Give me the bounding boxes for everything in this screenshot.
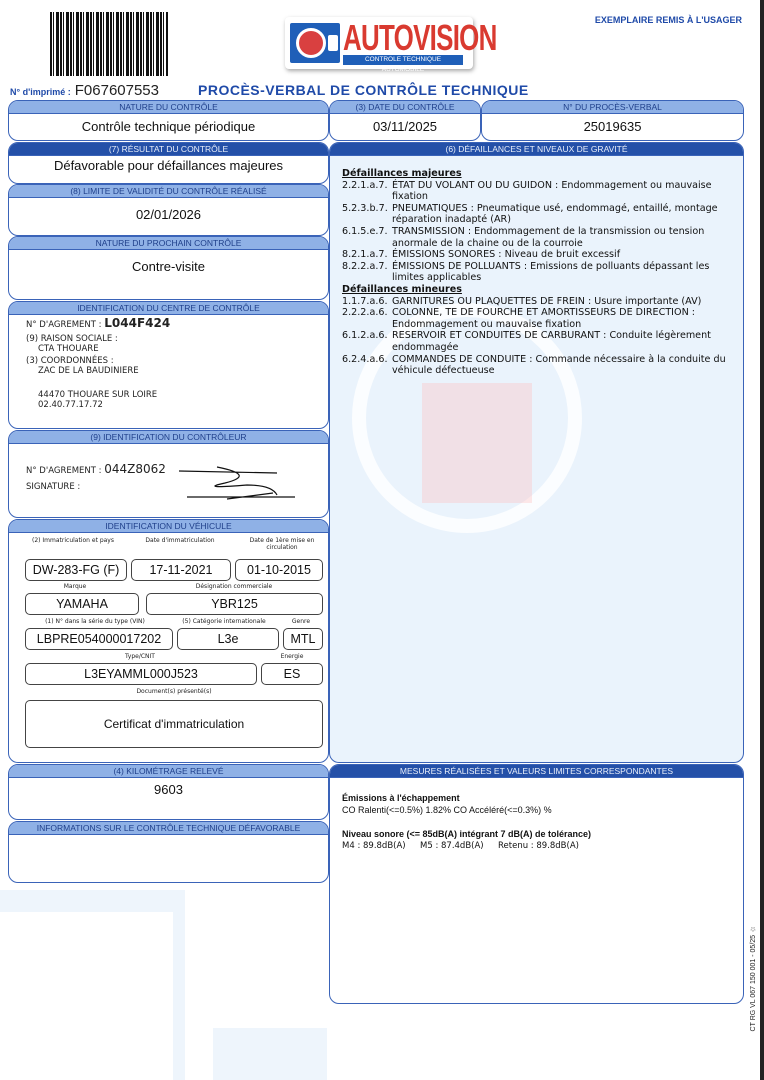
categorie-label: (5) Catégorie internationale bbox=[174, 618, 274, 625]
controleur-agrement-label: N° D'AGREMENT : bbox=[26, 466, 102, 476]
designation-label: Désignation commerciale bbox=[149, 583, 319, 590]
form-reference: CT RG VL 067 150 001 - 05/25 ☆ bbox=[750, 925, 758, 1031]
controleur-label: (9) IDENTIFICATION DU CONTRÔLEUR bbox=[9, 431, 328, 444]
detach-stub-inner bbox=[0, 912, 173, 1080]
defaillance-item: 6.1.2.a.6.RESERVOIR ET CONDUITES DE CARB… bbox=[342, 330, 737, 353]
m5-value: M5 : 87.4dB(A) bbox=[420, 840, 498, 852]
prochain-box: NATURE DU PROCHAIN CONTRÔLE Contre-visit… bbox=[8, 236, 329, 300]
defaillances-label: (6) DÉFAILLANCES ET NIVEAUX DE GRAVITÉ bbox=[330, 143, 743, 156]
nature-label: NATURE DU CONTRÔLE bbox=[9, 101, 328, 114]
mineures-title: Défaillances mineures bbox=[342, 284, 737, 296]
genre-field: MTL bbox=[283, 628, 323, 650]
centre-agrement: L044F424 bbox=[104, 316, 170, 330]
date-mec-field: 01-10-2015 bbox=[235, 559, 323, 581]
marque-label: Marque bbox=[25, 583, 125, 590]
document-title: PROCÈS-VERBAL DE CONTRÔLE TECHNIQUE bbox=[198, 82, 529, 98]
scan-edge bbox=[760, 0, 764, 1080]
informations-label: INFORMATIONS SUR LE CONTRÔLE TECHNIQUE D… bbox=[9, 822, 328, 835]
defaillances-list: Défaillances majeures 2.2.1.a.7.ÉTAT DU … bbox=[330, 156, 743, 377]
defaillance-code: 5.2.3.b.7. bbox=[342, 203, 392, 226]
validite-box: (8) LIMITE DE VALIDITÉ DU CONTRÔLE RÉALI… bbox=[8, 184, 329, 236]
nature-value: Contrôle technique périodique bbox=[9, 119, 328, 134]
sonore-title: Niveau sonore (<= 85dB(A) intégrant 7 dB… bbox=[342, 829, 591, 839]
defaillance-item: 6.2.4.a.6.COMMANDES DE CONDUITE : Comman… bbox=[342, 354, 737, 377]
emissions-title: Émissions à l'échappement bbox=[342, 793, 460, 803]
raison-value: CTA THOUARE bbox=[38, 344, 328, 354]
defaillance-text: ÉMISSIONS SONORES : Niveau de bruit exce… bbox=[392, 249, 620, 261]
immat-label: (2) Immatriculation et pays bbox=[23, 537, 123, 544]
mesures-box: MESURES RÉALISÉES ET VALEURS LIMITES COR… bbox=[329, 764, 744, 1004]
watermark-car-icon bbox=[422, 383, 532, 503]
coord-label: (3) COORDONNÉES : bbox=[26, 356, 328, 366]
defaillances-box: (6) DÉFAILLANCES ET NIVEAUX DE GRAVITÉ D… bbox=[329, 142, 744, 763]
validite-value: 02/01/2026 bbox=[9, 207, 328, 222]
defaillance-text: TRANSMISSION : Endommagement de la trans… bbox=[392, 226, 737, 249]
date-label: (3) DATE DU CONTRÔLE bbox=[330, 101, 480, 114]
imprime-label: N° d'imprimé : bbox=[10, 87, 71, 97]
address-line-1: ZAC DE LA BAUDINIERE bbox=[38, 366, 328, 376]
mesures-label: MESURES RÉALISÉES ET VALEURS LIMITES COR… bbox=[330, 765, 743, 778]
informations-box: INFORMATIONS SUR LE CONTRÔLE TECHNIQUE D… bbox=[8, 821, 329, 883]
retenu-value: Retenu : 89.8dB(A) bbox=[498, 841, 579, 851]
magnifier-car-icon bbox=[290, 23, 340, 63]
detach-stub-small bbox=[213, 1028, 327, 1080]
defaillance-code: 8.2.1.a.7. bbox=[342, 249, 392, 261]
vehicule-box: IDENTIFICATION DU VÉHICULE (2) Immatricu… bbox=[8, 519, 329, 763]
address-line-2: 44470 THOUARE SUR LOIRE bbox=[38, 390, 328, 400]
phone: 02.40.77.17.72 bbox=[38, 400, 328, 410]
designation-field: YBR125 bbox=[146, 593, 323, 615]
defaillance-item: 2.2.1.a.7.ÉTAT DU VOLANT OU DU GUIDON : … bbox=[342, 180, 737, 203]
date-immat-label: Date d'immatriculation bbox=[137, 537, 223, 544]
docs-field: Certificat d'immatriculation bbox=[25, 700, 323, 748]
energie-field: ES bbox=[261, 663, 323, 685]
defaillance-text: COMMANDES DE CONDUITE : Commande nécessa… bbox=[392, 354, 737, 377]
defaillance-item: 1.1.7.a.6.GARNITURES OU PLAQUETTES DE FR… bbox=[342, 296, 737, 308]
defaillance-text: RESERVOIR ET CONDUITES DE CARBURANT : Co… bbox=[392, 330, 737, 353]
imprime-value: F067607553 bbox=[75, 82, 159, 99]
brand-name: AUTOVISION bbox=[343, 17, 497, 59]
defaillance-code: 6.1.5.e.7. bbox=[342, 226, 392, 249]
raison-label: (9) RAISON SOCIALE : bbox=[26, 334, 328, 344]
nature-box: NATURE DU CONTRÔLE Contrôle technique pé… bbox=[8, 100, 329, 141]
defaillance-code: 2.2.1.a.7. bbox=[342, 180, 392, 203]
resultat-box: (7) RÉSULTAT DU CONTRÔLE Défavorable pou… bbox=[8, 142, 329, 184]
prochain-value: Contre-visite bbox=[9, 259, 328, 274]
defaillance-code: 2.2.2.a.6. bbox=[342, 307, 392, 330]
defaillance-code: 8.2.2.a.7. bbox=[342, 261, 392, 284]
cnit-field: L3EYAMML000J523 bbox=[25, 663, 257, 685]
defaillance-item: 6.1.5.e.7.TRANSMISSION : Endommagement d… bbox=[342, 226, 737, 249]
defaillance-item: 8.2.1.a.7.ÉMISSIONS SONORES : Niveau de … bbox=[342, 249, 737, 261]
vin-label: (1) N° dans la série du type (VIN) bbox=[25, 618, 165, 625]
signature-scribble bbox=[177, 463, 297, 503]
validite-label: (8) LIMITE DE VALIDITÉ DU CONTRÔLE RÉALI… bbox=[9, 185, 328, 198]
emissions-line: CO Ralenti(<=0.5%) 1.82% CO Accéléré(<=0… bbox=[342, 804, 743, 816]
defaillance-text: ÉMISSIONS DE POLLUANTS : Emissions de po… bbox=[392, 261, 737, 284]
date-box: (3) DATE DU CONTRÔLE 03/11/2025 bbox=[329, 100, 481, 141]
defaillance-item: 2.2.2.a.6.COLONNE, TE DE FOURCHE ET AMOR… bbox=[342, 307, 737, 330]
controleur-box: (9) IDENTIFICATION DU CONTRÔLEUR N° D'AG… bbox=[8, 430, 329, 518]
vehicule-label: IDENTIFICATION DU VÉHICULE bbox=[9, 520, 328, 533]
kilometrage-value: 9603 bbox=[9, 782, 328, 797]
defaillance-code: 6.2.4.a.6. bbox=[342, 354, 392, 377]
genre-label: Genre bbox=[281, 618, 321, 625]
kilometrage-label: (4) KILOMÉTRAGE RELEVÉ bbox=[9, 765, 328, 778]
pv-box: N° DU PROCÈS-VERBAL 25019635 bbox=[481, 100, 744, 141]
centre-box: IDENTIFICATION DU CENTRE DE CONTRÔLE N° … bbox=[8, 301, 329, 429]
resultat-value: Défavorable pour défaillances majeures bbox=[9, 158, 328, 173]
brand-subtitle: CONTROLE TECHNIQUE AUTOMOBILE bbox=[343, 55, 463, 65]
energie-label: Energie bbox=[261, 653, 323, 660]
autovision-logo: AUTOVISION CONTROLE TECHNIQUE AUTOMOBILE bbox=[285, 17, 473, 69]
kilometrage-box: (4) KILOMÉTRAGE RELEVÉ 9603 bbox=[8, 764, 329, 820]
majeures-title: Défaillances majeures bbox=[342, 168, 737, 180]
resultat-label: (7) RÉSULTAT DU CONTRÔLE bbox=[9, 143, 328, 156]
m4-value: M4 : 89.8dB(A) bbox=[342, 840, 420, 852]
prochain-label: NATURE DU PROCHAIN CONTRÔLE bbox=[9, 237, 328, 250]
immat-field: DW-283-FG (F) bbox=[25, 559, 127, 581]
centre-label: IDENTIFICATION DU CENTRE DE CONTRÔLE bbox=[9, 302, 328, 315]
barcode bbox=[50, 12, 168, 76]
defaillance-text: GARNITURES OU PLAQUETTES DE FREIN : Usur… bbox=[392, 296, 701, 308]
docs-label: Document(s) présenté(s) bbox=[25, 688, 323, 695]
imprime-number: N° d'imprimé :F067607553 bbox=[10, 82, 159, 99]
date-value: 03/11/2025 bbox=[330, 119, 480, 134]
defaillance-text: ÉTAT DU VOLANT OU DU GUIDON : Endommagem… bbox=[392, 180, 737, 203]
defaillance-item: 5.2.3.b.7.PNEUMATIQUES : Pneumatique usé… bbox=[342, 203, 737, 226]
controleur-agrement: 044Z8062 bbox=[104, 462, 166, 476]
date-immat-field: 17-11-2021 bbox=[131, 559, 231, 581]
cnit-label: Type/CNIT bbox=[25, 653, 255, 660]
defaillance-text: PNEUMATIQUES : Pneumatique usé, endommag… bbox=[392, 203, 737, 226]
pv-value: 25019635 bbox=[482, 119, 743, 134]
vin-field: LBPRE054000017202 bbox=[25, 628, 173, 650]
defaillance-code: 1.1.7.a.6. bbox=[342, 296, 392, 308]
defaillance-item: 8.2.2.a.7.ÉMISSIONS DE POLLUANTS : Emiss… bbox=[342, 261, 737, 284]
defaillance-code: 6.1.2.a.6. bbox=[342, 330, 392, 353]
pv-label: N° DU PROCÈS-VERBAL bbox=[482, 101, 743, 114]
marque-field: YAMAHA bbox=[25, 593, 139, 615]
categorie-field: L3e bbox=[177, 628, 279, 650]
defaillance-text: COLONNE, TE DE FOURCHE ET AMORTISSEURS D… bbox=[392, 307, 737, 330]
centre-agrement-label: N° D'AGREMENT : bbox=[26, 320, 102, 330]
copy-label: EXEMPLAIRE REMIS À L'USAGER bbox=[595, 15, 742, 25]
date-mec-label: Date de 1ère mise en circulation bbox=[241, 537, 323, 551]
